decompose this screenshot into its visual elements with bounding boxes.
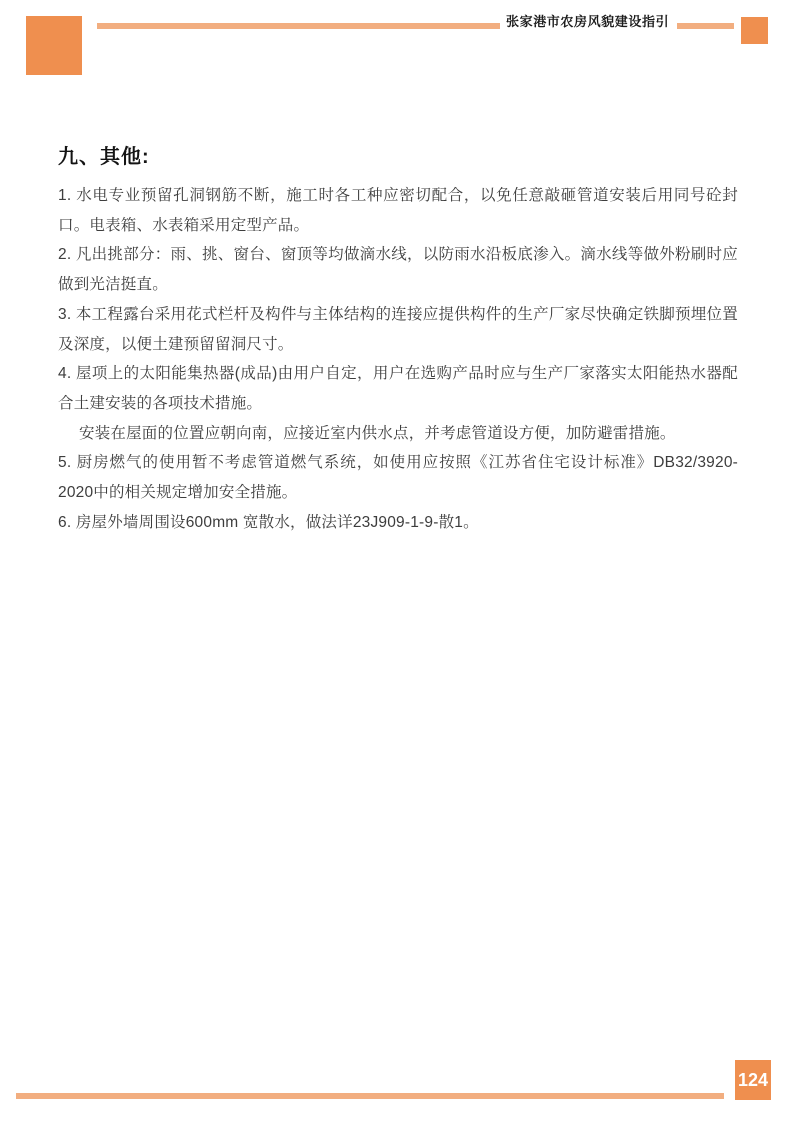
document-page: 张家港市农房风貌建设指引 九、其他: 1. 水电专业预留孔洞钢筋不断，施工时各工… <box>0 0 793 1122</box>
body-paragraph-4: 4. 屋项上的太阳能集热器(成品)由用户自定，用户在选购产品时应与生产厂家落实太… <box>58 359 738 418</box>
header-rule-right <box>677 23 734 29</box>
body-paragraph-1: 1. 水电专业预留孔洞钢筋不断，施工时各工种应密切配合，以免任意敲砸管道安装后用… <box>58 181 738 240</box>
header-orange-square <box>26 16 82 75</box>
body-paragraph-4-continuation: 安装在屋面的位置应朝向南，应接近室内供水点，并考虑管道设方便，加防避雷措施。 <box>58 419 738 449</box>
page-content: 九、其他: 1. 水电专业预留孔洞钢筋不断，施工时各工种应密切配合，以免任意敲砸… <box>58 145 738 537</box>
page-number: 124 <box>738 1070 768 1091</box>
section-heading: 九、其他: <box>58 145 738 169</box>
body-paragraph-3: 3. 本工程露台采用花式栏杆及构件与主体结构的连接应提供构件的生产厂家尽快确定铁… <box>58 300 738 359</box>
document-title: 张家港市农房风貌建设指引 <box>506 14 669 30</box>
body-paragraph-2: 2. 凡出挑部分：雨、挑、窗台、窗顶等均做滴水线，以防雨水沿板底渗入。滴水线等做… <box>58 240 738 299</box>
header-orange-tab <box>741 17 768 44</box>
page-number-badge: 124 <box>735 1060 771 1100</box>
body-paragraph-5: 5. 厨房燃气的使用暂不考虑管道燃气系统，如使用应按照《江苏省住宅设计标准》DB… <box>58 448 738 507</box>
body-paragraph-6: 6. 房屋外墙周围设600mm 宽散水，做法详23J909-1-9-散1。 <box>58 508 738 538</box>
header-rule-left <box>97 23 500 29</box>
footer-rule <box>16 1093 724 1099</box>
